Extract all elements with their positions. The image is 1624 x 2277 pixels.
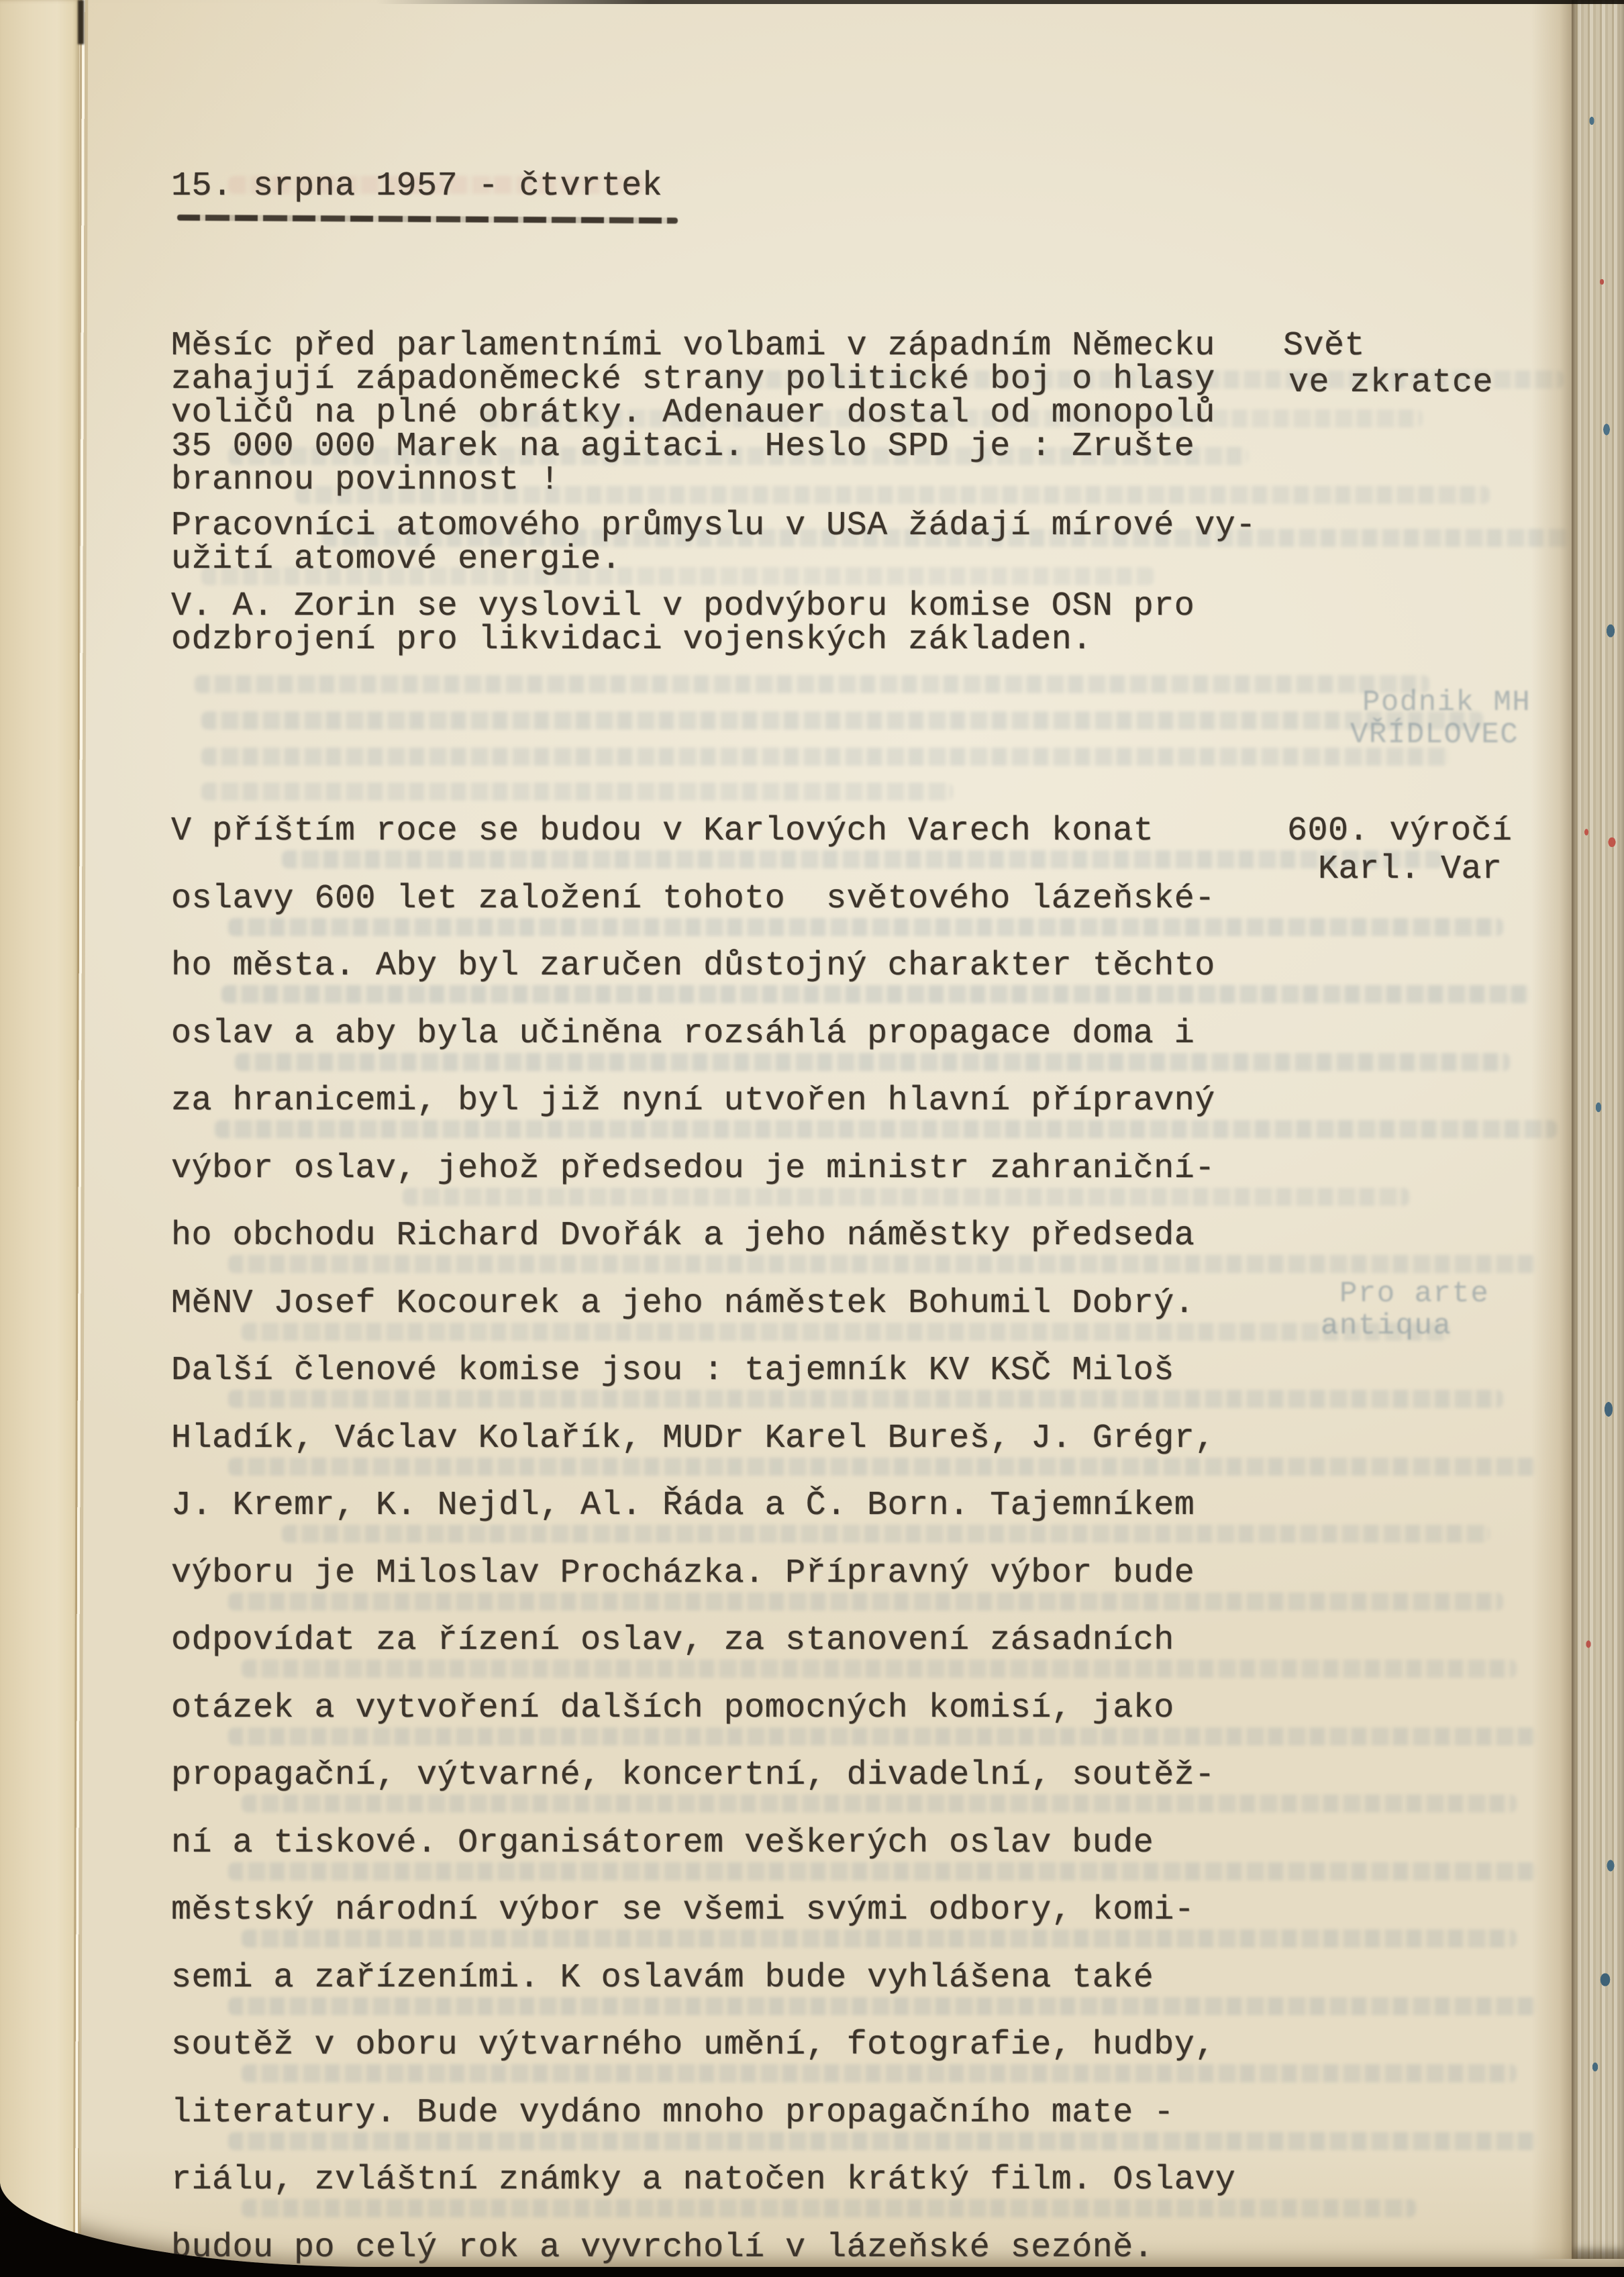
date-heading: 15. srpna 1957 - čtvrtek	[171, 169, 662, 204]
chronicle-page: Podnik MH VŘÍDLOVEC Pro arte antiqua 15.…	[0, 0, 1624, 2267]
typed-line: Pracovníci atomového průmyslu v USA žáda…	[171, 509, 1256, 544]
typed-line: výboru je Miloslav Procházka. Přípravný …	[171, 1556, 1195, 1591]
typed-line: ho města. Aby byl zaručen důstojný chara…	[171, 949, 1215, 984]
bleedthrough-ghost-line	[242, 2064, 1517, 2082]
typed-line: zahajují západoněmecké strany politické …	[171, 362, 1215, 397]
typed-line: ní a tiskové. Organisátorem veškerých os…	[171, 1826, 1154, 1861]
margin-note: Svět	[1283, 329, 1365, 364]
typed-line: MěNV Josef Kocourek a jeho náměstek Bohu…	[171, 1286, 1195, 1321]
ghost-margin-note: Podnik MH	[1362, 686, 1531, 719]
typed-line: otázek a vytvoření dalších pomocných kom…	[171, 1691, 1174, 1726]
bleedthrough-ghost-line	[201, 711, 1483, 729]
bleedthrough-ghost-line	[228, 1997, 1537, 2015]
typed-line: odpovídat za řízení oslav, za stanovení …	[171, 1623, 1174, 1658]
margin-note: ve zkratce	[1288, 366, 1493, 401]
typed-line: ho obchodu Richard Dvořák a jeho náměstk…	[171, 1219, 1195, 1254]
previous-page-edge	[0, 0, 79, 2267]
bleedthrough-ghost-line	[228, 1862, 1537, 1880]
bleedthrough-ghost-line	[228, 1390, 1503, 1408]
bleedthrough-ghost-line	[195, 675, 1429, 693]
bleedthrough-ghost-line	[228, 1592, 1503, 1611]
typed-line: Hladík, Václav Kolařík, MUDr Karel Bureš…	[171, 1421, 1215, 1456]
typed-line: budou po celý rok a vyvrcholí v lázeňské…	[171, 2231, 1154, 2266]
typed-line: V. A. Zorin se vyslovil v podvýboru komi…	[171, 589, 1195, 624]
typed-line: literatury. Bude vydáno mnoho propagační…	[171, 2096, 1174, 2131]
typed-line: brannou povinnost !	[171, 463, 560, 498]
typed-line: J. Kremr, K. Nejdl, Al. Řáda a Č. Born. …	[171, 1488, 1195, 1523]
typed-line: Další členové komise jsou : tajemník KV …	[171, 1354, 1174, 1388]
photo-top-edge	[376, 0, 1624, 4]
bleedthrough-ghost-line	[282, 1525, 1490, 1543]
bleedthrough-ghost-line	[403, 1188, 1409, 1206]
bleedthrough-ghost-line	[228, 1255, 1537, 1273]
ghost-margin-note: VŘÍDLOVEC	[1350, 718, 1519, 752]
bleedthrough-ghost-line	[242, 1323, 1450, 1341]
typed-line: městský národní výbor se všemi svými odb…	[171, 1893, 1195, 1928]
typed-line: propagační, výtvarné, koncertní, divadel…	[171, 1758, 1215, 1793]
typed-line: riálu, zvláštní známky a natočen krátký …	[171, 2163, 1235, 2198]
typed-line: Měsíc před parlamentními volbami v západ…	[171, 329, 1215, 364]
bleedthrough-ghost-line	[221, 985, 1530, 1003]
typed-line: voličů na plné obrátky. Adenauer dostal …	[171, 396, 1215, 431]
page-curl-shadow	[1531, 0, 1572, 2259]
bleedthrough-ghost-line	[215, 1120, 1557, 1138]
typed-line: oslav a aby byla učiněna rozsáhlá propag…	[171, 1017, 1195, 1052]
page-edges-strip	[1572, 0, 1624, 2259]
bleedthrough-ghost-line	[242, 1660, 1517, 1678]
ghost-margin-note: Pro arte	[1339, 1277, 1489, 1311]
bleedthrough-ghost-line	[282, 850, 1443, 868]
typed-line: semi a zařízeními. K oslavám bude vyhláš…	[171, 1961, 1154, 1996]
typed-line: oslavy 600 let založení tohoto světového…	[171, 882, 1215, 917]
bleedthrough-ghost-line	[228, 1727, 1537, 1745]
bleedthrough-ghost-line	[242, 2199, 1416, 2217]
margin-note: 600. výročí	[1287, 814, 1513, 849]
bleedthrough-ghost-line	[201, 782, 953, 801]
typed-line: odzbrojení pro likvidaci vojenských zákl…	[171, 623, 1093, 658]
typed-line: za hranicemi, byl již nyní utvořen hlavn…	[171, 1084, 1215, 1119]
bleedthrough-ghost-line	[201, 748, 1450, 766]
bleedthrough-ghost-line	[228, 1458, 1537, 1476]
bleedthrough-ghost-line	[235, 1053, 1510, 1071]
typed-line: V příštím roce se budou v Karlových Vare…	[171, 814, 1154, 849]
bleedthrough-ghost-line	[228, 2132, 1537, 2150]
binding-notch	[78, 0, 84, 44]
typed-line: užití atomové energie.	[171, 542, 621, 577]
bleedthrough-ghost-line	[242, 1794, 1517, 1813]
book-photo: Podnik MH VŘÍDLOVEC Pro arte antiqua 15.…	[0, 0, 1624, 2277]
bleedthrough-ghost-line	[228, 918, 1503, 936]
date-heading-underline	[177, 215, 678, 224]
margin-note: Karl. Var	[1318, 852, 1503, 887]
typed-line: soutěž v oboru výtvarného umění, fotogra…	[171, 2028, 1215, 2063]
ghost-margin-note: antiqua	[1321, 1309, 1452, 1343]
typed-line: výbor oslav, jehož předsedou je ministr …	[171, 1152, 1215, 1186]
typed-line: 35 000 000 Marek na agitaci. Heslo SPD j…	[171, 429, 1195, 464]
bleedthrough-ghost-line	[242, 1929, 1517, 1947]
